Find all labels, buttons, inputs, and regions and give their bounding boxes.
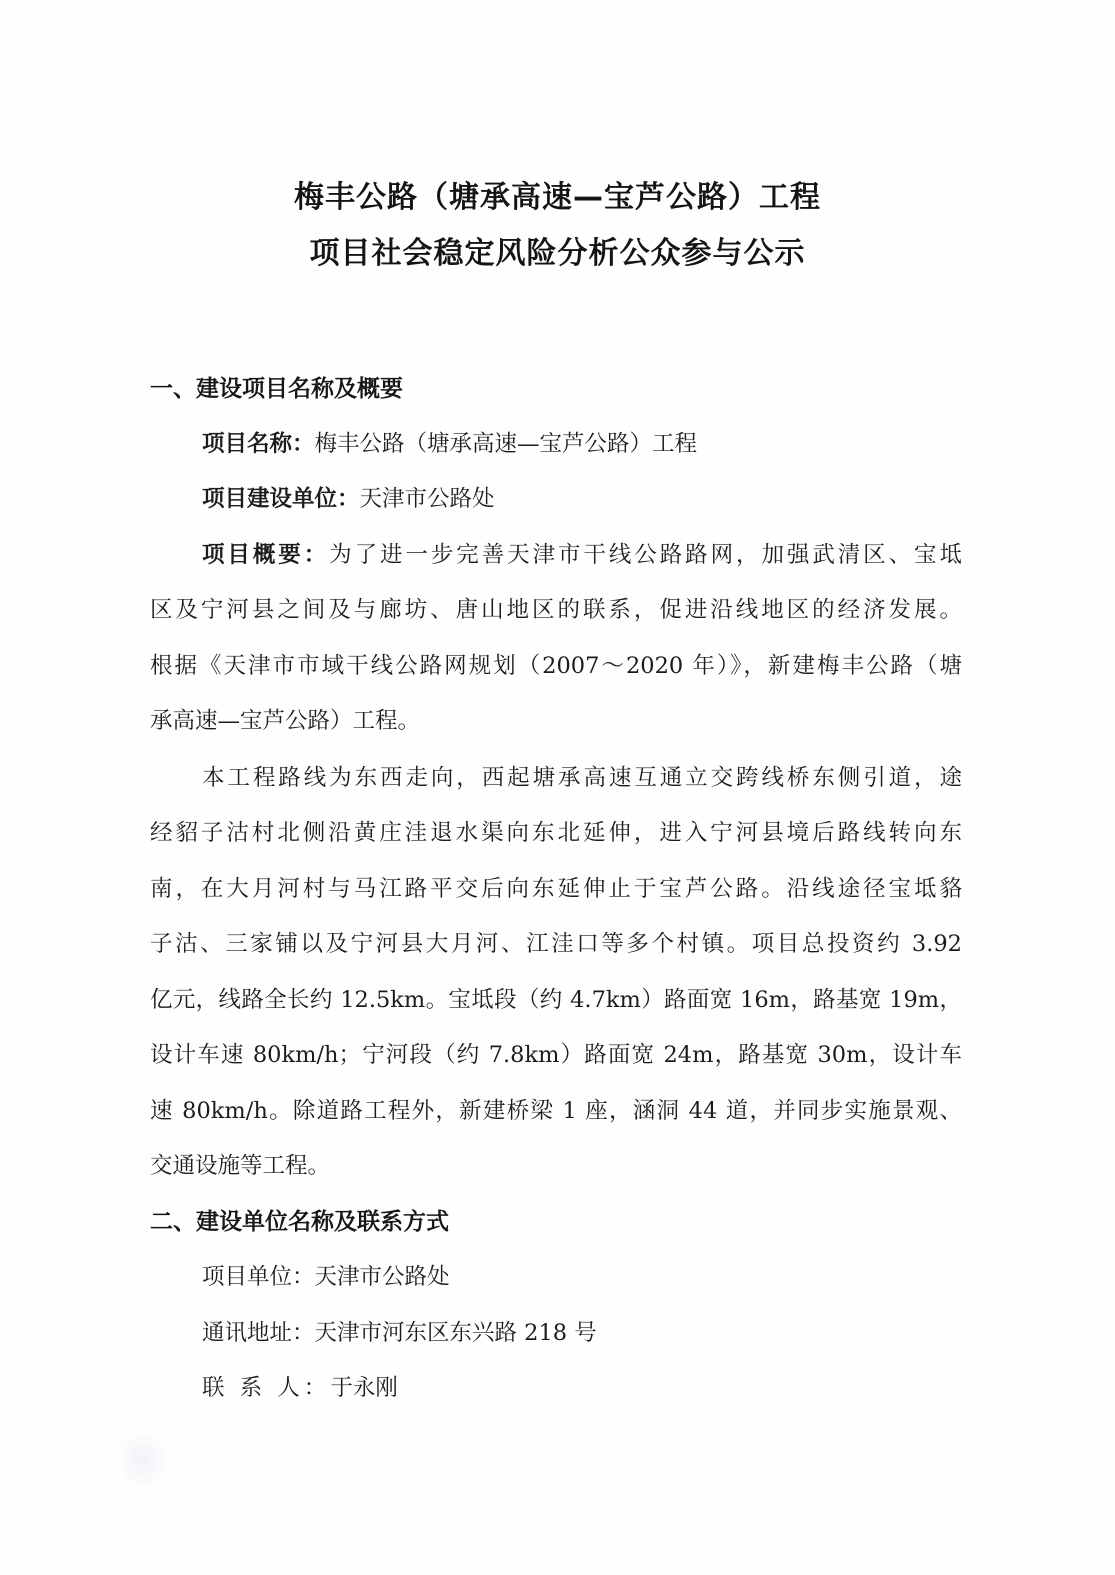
route-line-5: 亿元，线路全长约 12.5km。宝坻段（约 4.7km）路面宽 16m，路基宽 … [150,985,962,1015]
route-line-8: 交通设施等工程。 [150,1151,330,1181]
project-name-label: 项目名称： [202,431,315,457]
scan-smudge [115,1430,170,1490]
overview-line-2: 区及宁河县之间及与廊坊、唐山地区的联系，促进沿线地区的经济发展。 [150,595,962,625]
contact-row-project-unit: 项目单位：天津市公路处 [202,1262,450,1292]
route-line-6: 设计车速 80km/h；宁河段（约 7.8km）路面宽 24m，路基宽 30m，… [150,1040,962,1070]
document-title-line-1: 梅丰公路（塘承高速—宝芦公路）工程 [0,172,1115,216]
route-line-7: 速 80km/h。除道路工程外，新建桥梁 1 座，涵洞 44 道，并同步实施景观… [150,1096,962,1126]
overview-line-4: 承高速—宝芦公路）工程。 [150,706,420,736]
contact-person-value: 于永刚 [330,1375,398,1401]
project-name-row: 项目名称：梅丰公路（塘承高速—宝芦公路）工程 [202,429,697,459]
overview-text-1: 为了进一步完善天津市干线公路路网，加强武清区、宝坻 [329,542,962,568]
document-page: 梅丰公路（塘承高速—宝芦公路）工程 项目社会稳定风险分析公众参与公示 一、建设项… [0,0,1115,1575]
address-value: 天津市河东区东兴路 218 号 [315,1320,597,1346]
route-line-3: 南，在大月河村与马江路平交后向东延伸止于宝芦公路。沿线途径宝坻貉 [150,874,962,904]
contact-person-label: 联 系 人： [202,1375,330,1401]
document-title-line-2: 项目社会稳定风险分析公众参与公示 [0,228,1115,272]
construction-unit-value: 天津市公路处 [360,486,495,512]
route-line-2: 经貂子沽村北侧沿黄庄洼退水渠向东北延伸，进入宁河县境后路线转向东 [150,818,962,848]
construction-unit-row: 项目建设单位：天津市公路处 [202,484,495,514]
route-line-1: 本工程路线为东西走向，西起塘承高速互通立交跨线桥东侧引道，途 [202,763,962,793]
address-label: 通讯地址： [202,1320,315,1346]
contact-row-person: 联 系 人：于永刚 [202,1373,398,1403]
overview-line-1: 项目概要：为了进一步完善天津市干线公路路网，加强武清区、宝坻 [202,540,962,570]
contact-row-address: 通讯地址：天津市河东区东兴路 218 号 [202,1318,597,1348]
section-2-heading: 二、建设单位名称及联系方式 [150,1207,449,1237]
project-unit-label: 项目单位： [202,1264,315,1290]
project-unit-value: 天津市公路处 [315,1264,450,1290]
project-name-value: 梅丰公路（塘承高速—宝芦公路）工程 [315,431,698,457]
route-line-4: 子沽、三家铺以及宁河县大月河、江洼口等多个村镇。项目总投资约 3.92 [150,929,962,959]
overview-label: 项目概要： [202,542,329,568]
section-1-heading: 一、建设项目名称及概要 [150,374,403,404]
overview-line-3: 根据《天津市市域干线公路网规划（2007～2020 年）》，新建梅丰公路（塘 [150,651,962,681]
construction-unit-label: 项目建设单位： [202,486,360,512]
